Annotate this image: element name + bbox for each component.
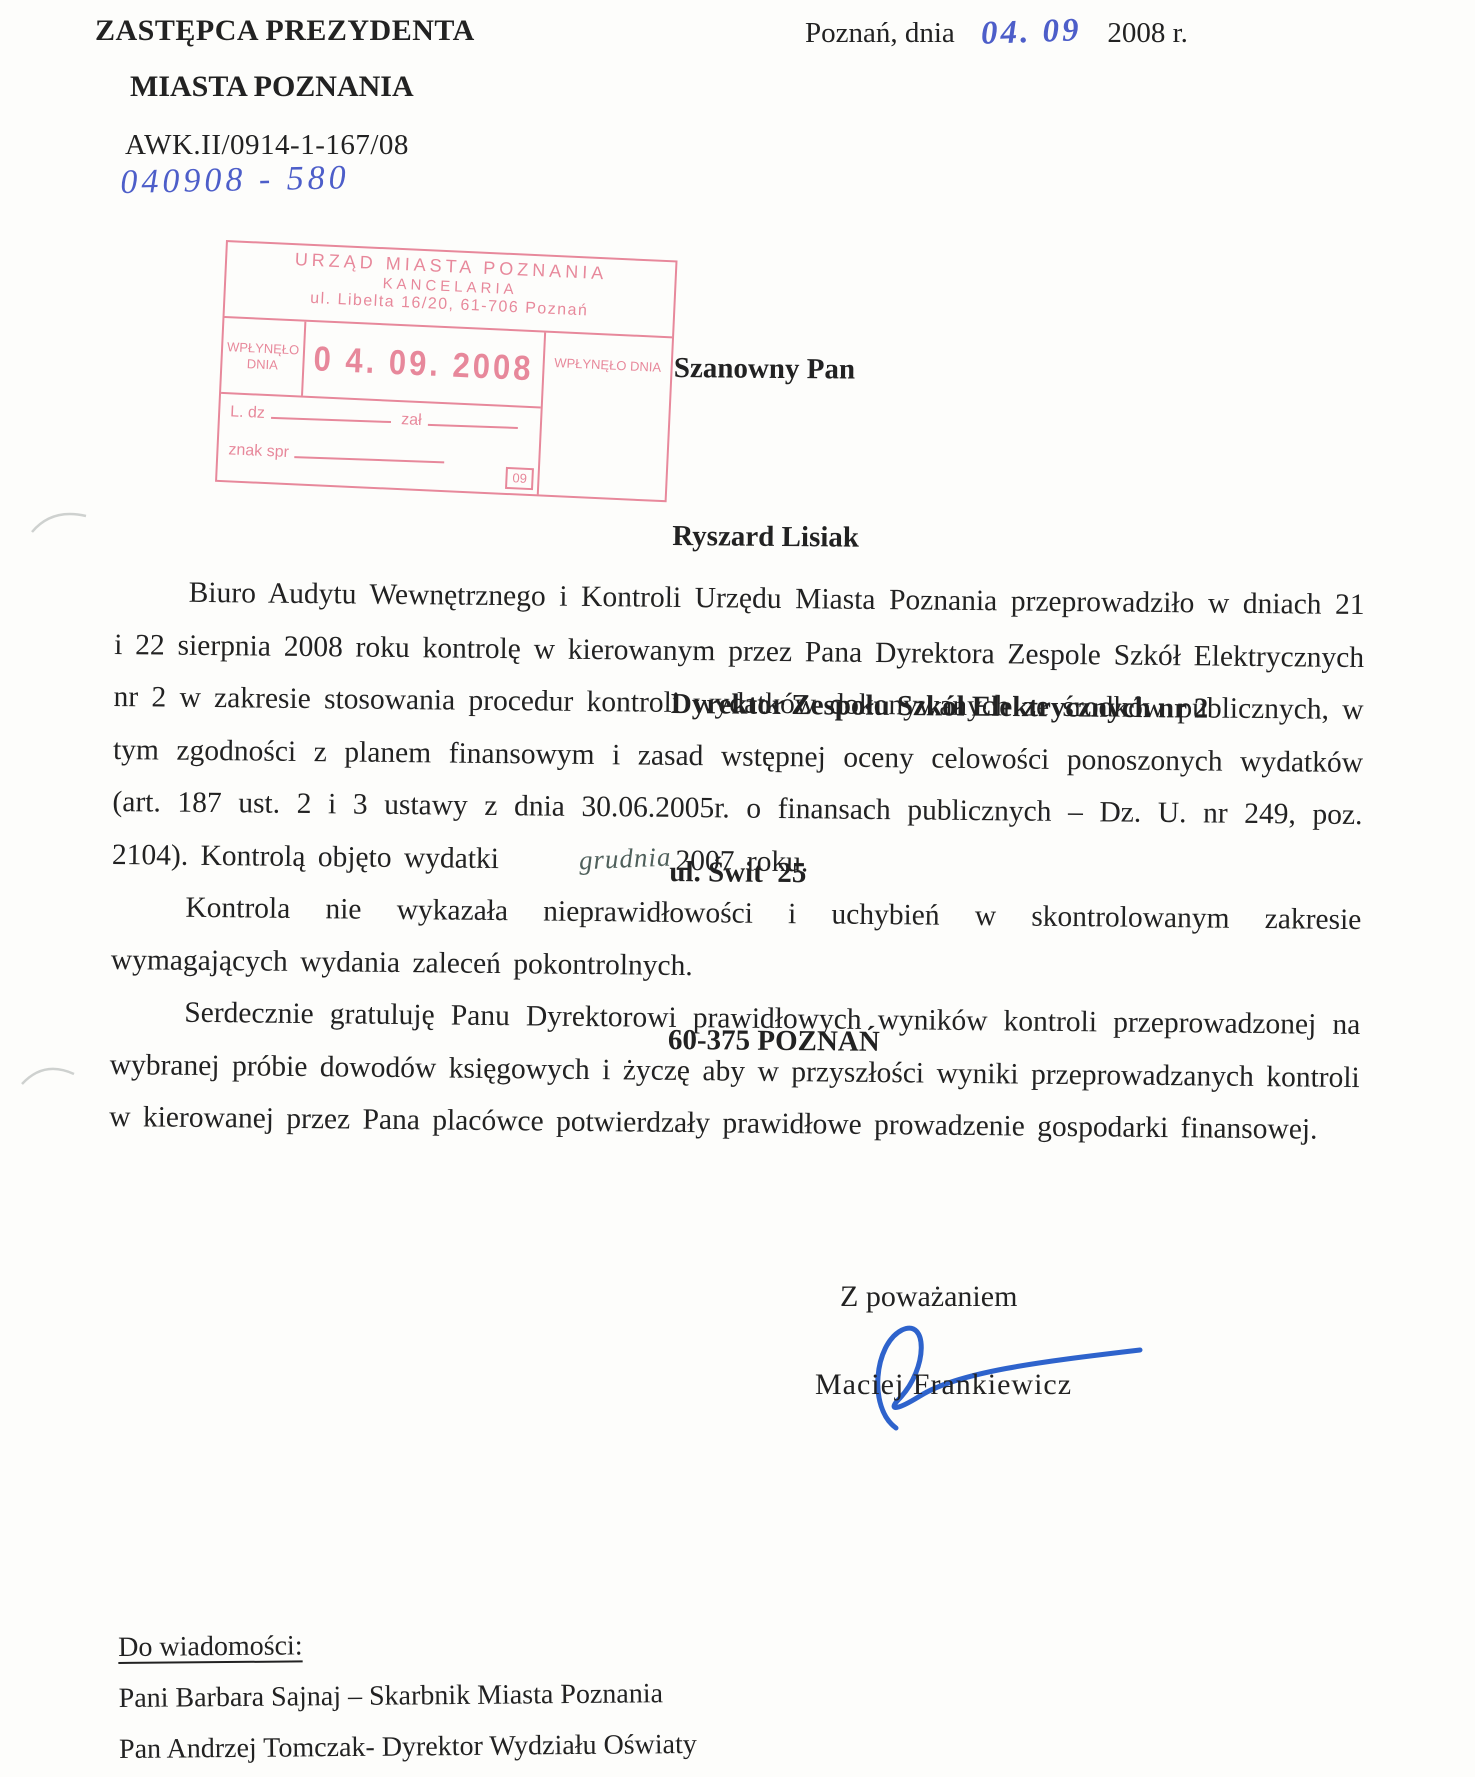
valediction: Z poważaniem bbox=[840, 1280, 1017, 1314]
cc-line-2: Pan Andrzej Tomczak- Dyrektor Wydziału O… bbox=[119, 1719, 697, 1775]
handwritten-word-grudnia: grudnia bbox=[504, 830, 673, 889]
handwritten-registry-number: 040908 - 580 bbox=[120, 157, 476, 202]
stamp-received-label-left: WPŁYNĘŁO DNIA bbox=[221, 318, 306, 396]
handwritten-date: 04. 09 bbox=[980, 12, 1082, 52]
date-year: 2008 r. bbox=[1107, 17, 1188, 50]
cc-label: Do wiadomości: bbox=[118, 1617, 696, 1673]
paragraph-1-text-a: Biuro Audytu Wewnętrznego i Kontroli Urz… bbox=[112, 577, 1365, 875]
stamp-znak-label: znak spr bbox=[228, 441, 289, 461]
stamp-ldz-label: L. dz bbox=[230, 403, 265, 422]
stamp-received-date: 0 4. 09. 2008 bbox=[303, 317, 545, 411]
recipient-name: Ryszard Lisiak bbox=[672, 508, 1210, 569]
cc-line-1: Pani Barbara Sajnaj – Skarbnik Miasta Po… bbox=[118, 1668, 696, 1724]
place-date-prefix: Poznań, dnia bbox=[805, 17, 955, 50]
scan-artifact-curve bbox=[30, 506, 90, 538]
signer-name: Maciej Frankiewicz bbox=[815, 1368, 1072, 1402]
sender-title-line2: MIASTA POZNANIA bbox=[130, 70, 475, 104]
place-date-line: Poznań, dnia 04. 09 2008 r. bbox=[805, 14, 1188, 51]
paragraph-1: Biuro Audytu Wewnętrznego i Kontroli Urz… bbox=[112, 566, 1365, 894]
stamp-received-label-right-text: WPŁYNĘŁO DNIA bbox=[554, 355, 661, 375]
stamp-blank-line bbox=[295, 444, 445, 463]
stamp-corner-number: 09 bbox=[505, 467, 534, 490]
recipient-salutation: Szanowny Pan bbox=[674, 340, 1212, 401]
stamp-blank-line bbox=[427, 412, 517, 429]
paragraph-3: Serdecznie gratuluję Panu Dyrektorowi pr… bbox=[109, 986, 1361, 1157]
scan-artifact-curve bbox=[20, 1060, 80, 1092]
sender-block: ZASTĘPCA PREZYDENTA MIASTA POZNANIA AWK.… bbox=[95, 14, 475, 202]
sender-title-line1: ZASTĘPCA PREZYDENTA bbox=[95, 14, 475, 48]
stamp-blank-line bbox=[271, 405, 391, 423]
cc-block: Do wiadomości: Pani Barbara Sajnaj – Ska… bbox=[118, 1617, 697, 1775]
stamp-zal-label: zał bbox=[401, 411, 422, 429]
letter-body: Biuro Audytu Wewnętrznego i Kontroli Urz… bbox=[109, 566, 1365, 1157]
paragraph-1-text-b: 2007 roku. bbox=[675, 844, 808, 877]
office-received-stamp: URZĄD MIASTA POZNANIA KANCELARIA ul. Lib… bbox=[215, 240, 678, 502]
scanned-letter-page: ZASTĘPCA PREZYDENTA MIASTA POZNANIA AWK.… bbox=[0, 0, 1475, 1777]
paragraph-2: Kontrola nie wykazała nieprawidłowości i… bbox=[111, 881, 1362, 999]
stamp-received-label-right: WPŁYNĘŁO DNIA 09 bbox=[537, 333, 672, 501]
